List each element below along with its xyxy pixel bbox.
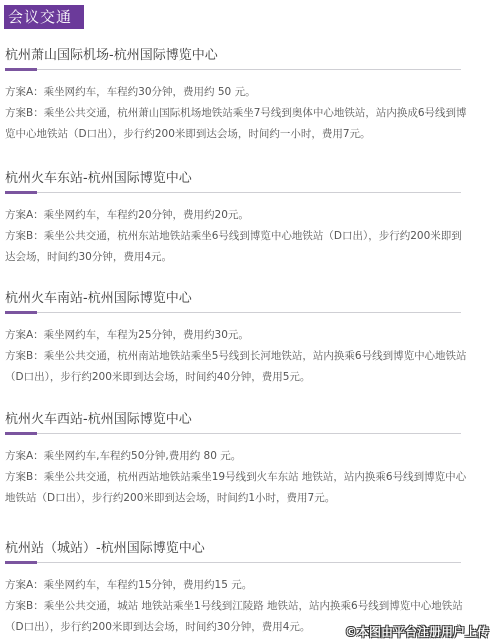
- plan-a-text: 方案A：乘坐网约车，车程为25分钟，费用约30元。: [5, 325, 467, 346]
- title-divider-accent: [5, 191, 37, 194]
- route-title: 杭州火车西站-杭州国际博览中心: [5, 411, 192, 429]
- plan-a-text: 方案A：乘坐网约车,车程约50分钟,费用约 80 元。: [5, 446, 467, 467]
- title-divider-accent: [5, 561, 37, 564]
- route-title: 杭州火车东站-杭州国际博览中心: [5, 170, 192, 188]
- title-divider: [5, 433, 461, 434]
- title-divider: [5, 562, 461, 563]
- plan-b-text: 方案B：乘坐公共交通，杭州南站地铁站乘坐5号线到长河地铁站，站内换乘6号线到博览…: [5, 346, 467, 388]
- section-header-badge: 会议交通: [4, 5, 84, 29]
- route-title: 杭州萧山国际机场-杭州国际博览中心: [5, 47, 218, 65]
- title-divider-accent: [5, 68, 37, 71]
- title-divider-accent: [5, 311, 37, 314]
- plan-b-text: 方案B：乘坐公共交通，杭州萧山国际机场地铁站乘坐7号线到奥体中心地铁站，站内换成…: [5, 103, 467, 145]
- plan-a-text: 方案A：乘坐网约车，车程约15分钟，费用约15 元。: [5, 575, 467, 596]
- plan-a-text: 方案A：乘坐网约车，车程约30分钟，费用约 50 元。: [5, 82, 467, 103]
- title-divider: [5, 192, 461, 193]
- upload-watermark: ©本图由平台注册用户上传: [345, 623, 489, 640]
- plan-b-text: 方案B：乘坐公共交通，杭州西站地铁站乘坐19号线到火车东站 地铁站，站内换乘6号…: [5, 467, 467, 509]
- title-divider: [5, 312, 461, 313]
- route-title: 杭州站（城站）-杭州国际博览中心: [5, 540, 205, 558]
- plan-a-text: 方案A：乘坐网约车，车程约20分钟，费用约20元。: [5, 205, 467, 226]
- title-divider-accent: [5, 432, 37, 435]
- plan-b-text: 方案B：乘坐公共交通，杭州东站地铁站乘坐6号线到博览中心地铁站（D口出），步行约…: [5, 226, 467, 268]
- title-divider: [5, 69, 461, 70]
- route-title: 杭州火车南站-杭州国际博览中心: [5, 290, 192, 308]
